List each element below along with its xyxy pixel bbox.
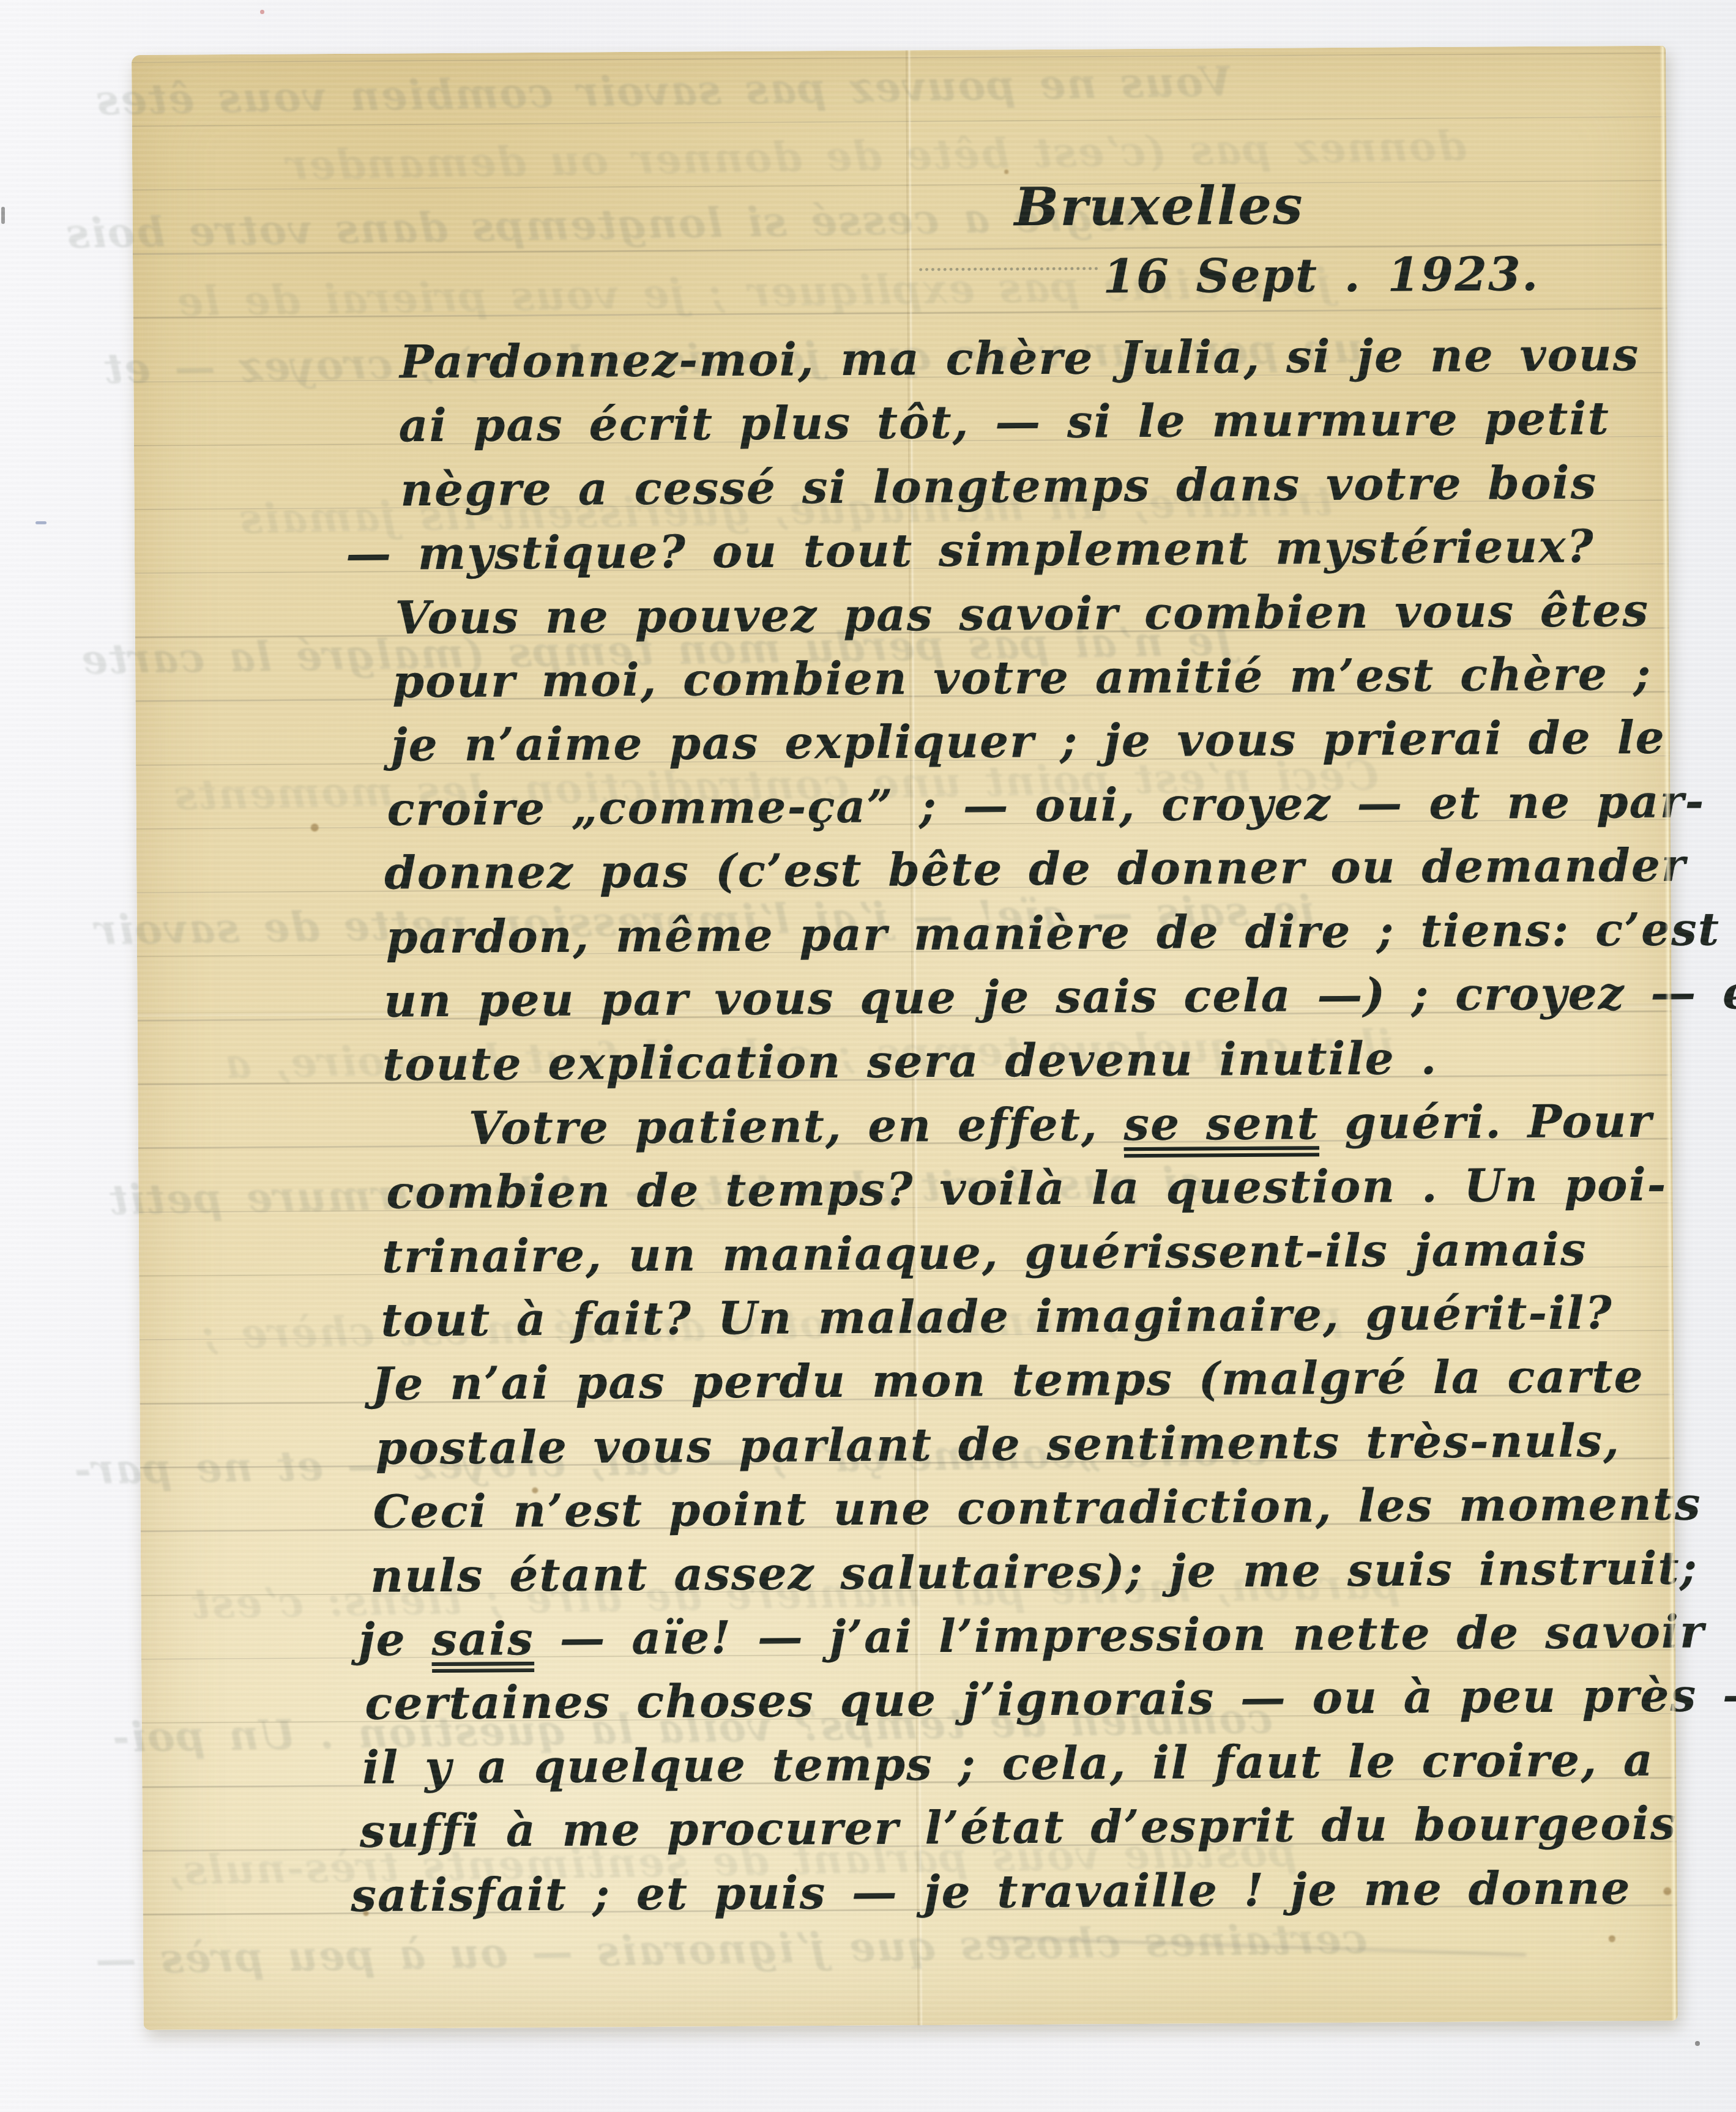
letter-line: Je n’ai pas perdu mon temps (malgré la c… bbox=[371, 1345, 1644, 1416]
letter-line-text: nuls étant assez salutaires); je me suis… bbox=[370, 1542, 1698, 1602]
letter-line-text: croire „comme-ça” ; — oui, croyez — et n… bbox=[387, 775, 1705, 836]
letter-line-text: trinaire, un maniaque, guérissent-ils ja… bbox=[382, 1223, 1587, 1283]
letter-line: tout à fait? Un malade imaginaire, guéri… bbox=[381, 1281, 1613, 1352]
letter-line-text: satisfait ; et puis — je travaille ! je … bbox=[351, 1862, 1631, 1922]
letter-line-text: postale vous parlant de sentiments très-… bbox=[376, 1415, 1620, 1474]
letter-line-text: je n’aime pas expliquer ; je vous priera… bbox=[391, 712, 1666, 772]
foxing-spot bbox=[311, 824, 319, 831]
letter-line-text: guéri. Pour bbox=[1319, 1095, 1652, 1150]
dust-speck bbox=[260, 10, 264, 14]
letter-line: Ceci n’est point une contradiction, les … bbox=[373, 1473, 1702, 1544]
dust-speck bbox=[1695, 2041, 1700, 2046]
underlined-word: se sent bbox=[1123, 1097, 1319, 1158]
letter-line-text: Je n’ai pas perdu mon temps (malgré la c… bbox=[371, 1350, 1644, 1411]
letter-line-text: tout à fait? Un malade imaginaire, guéri… bbox=[381, 1287, 1613, 1347]
letter-line: Vous ne pouvez pas savoir combien vous ê… bbox=[395, 578, 1649, 650]
letter-line: nègre a cessé si longtemps dans votre bo… bbox=[400, 451, 1598, 522]
letter-line: pour moi, combien votre amitié m’est chè… bbox=[392, 642, 1652, 714]
letter-line-text: donnez pas (c’est bête de donner ou dema… bbox=[384, 839, 1686, 900]
letter-line: pardon, même par manière de dire ; tiens… bbox=[386, 898, 1720, 969]
letter-line-text: il y a quelque temps ; cela, il faut le … bbox=[362, 1734, 1654, 1794]
letter-line: ai pas écrit plus tôt, — si le murmure p… bbox=[398, 387, 1610, 458]
letter-line-text: un peu par vous que je sais cela —) ; cr… bbox=[384, 967, 1736, 1028]
foxing-spot bbox=[1004, 169, 1008, 174]
letter-line-text: suffi à me procurer l’état d’esprit du b… bbox=[359, 1798, 1677, 1858]
dust-speck bbox=[35, 521, 47, 524]
letter-line: suffi à me procurer l’état d’esprit du b… bbox=[359, 1792, 1677, 1864]
letter-line: nuls étant assez salutaires); je me suis… bbox=[370, 1536, 1698, 1608]
underlined-word: sais bbox=[431, 1613, 534, 1673]
letter-line-text: — aïe! — j’ai l’impression nette de savo… bbox=[534, 1605, 1705, 1665]
letter-line-text: Ceci n’est point une contradiction, les … bbox=[373, 1478, 1702, 1539]
letter-line: il y a quelque temps ; cela, il faut le … bbox=[362, 1728, 1654, 1800]
letter-line-text: nègre a cessé si longtemps dans votre bo… bbox=[400, 456, 1597, 516]
foxing-spot bbox=[1609, 1935, 1615, 1942]
letter-line: — mystique? ou tout simplement mystérieu… bbox=[346, 515, 1595, 586]
letter-line-text: je bbox=[359, 1613, 432, 1667]
date-dotted-leader bbox=[919, 237, 1098, 271]
letter-line: je sais — aïe! — j’ai l’impression nette… bbox=[359, 1600, 1705, 1671]
letter-line: je n’aime pas expliquer ; je vous priera… bbox=[391, 706, 1666, 778]
scan-background: Vous ne pouvez pas savoir combien vous ê… bbox=[0, 0, 1736, 2112]
letter-line: postale vous parlant de sentiments très-… bbox=[376, 1409, 1620, 1480]
letter-line-text: pardon, même par manière de dire ; tiens… bbox=[386, 903, 1721, 964]
letter-paper: Vous ne pouvez pas savoir combien vous ê… bbox=[132, 46, 1678, 2030]
letter-line-text: certaines choses que j’ignorais — ou à p… bbox=[365, 1669, 1736, 1730]
foxing-spot bbox=[363, 1911, 369, 1916]
letter-line: certaines choses que j’ignorais — ou à p… bbox=[365, 1664, 1736, 1736]
dust-speck bbox=[1, 207, 5, 224]
letter-line-text: Vous ne pouvez pas savoir combien vous ê… bbox=[395, 584, 1649, 644]
letter-line: combien de temps? voilà la question . Un… bbox=[386, 1153, 1667, 1225]
place-line: Bruxelles bbox=[1014, 169, 1304, 244]
foxing-spot bbox=[1663, 1887, 1671, 1895]
letter-line: donnez pas (c’est bête de donner ou dema… bbox=[384, 834, 1686, 905]
letter-line: Pardonnez-moi, ma chère Julia, si je ne … bbox=[400, 323, 1640, 394]
letter-line-text: toute explication sera devenu inutile . bbox=[382, 1032, 1438, 1091]
foxing-spot bbox=[532, 1487, 538, 1493]
letter-line-text: ai pas écrit plus tôt, — si le murmure p… bbox=[398, 393, 1610, 453]
letter-line-text: combien de temps? voilà la question . Un… bbox=[386, 1159, 1667, 1219]
letter-line: croire „comme-ça” ; — oui, croyez — et n… bbox=[387, 770, 1705, 841]
letter-line-text: pour moi, combien votre amitié m’est chè… bbox=[392, 648, 1652, 708]
letter-line: toute explication sera devenu inutile . bbox=[382, 1027, 1438, 1097]
letter-line-text: Pardonnez-moi, ma chère Julia, si je ne … bbox=[400, 329, 1640, 389]
letter-line: Votre patient, en effet, se sent guéri. … bbox=[468, 1090, 1652, 1161]
foxing-spot bbox=[720, 685, 725, 690]
letter-line-text: Votre patient, en effet, bbox=[468, 1098, 1123, 1155]
letter-line: un peu par vous que je sais cela —) ; cr… bbox=[384, 961, 1736, 1033]
letter-line-text: — mystique? ou tout simplement mystérieu… bbox=[346, 521, 1595, 581]
letter-line: satisfait ; et puis — je travaille ! je … bbox=[351, 1856, 1631, 1928]
letter-line: trinaire, un maniaque, guérissent-ils ja… bbox=[382, 1218, 1587, 1288]
date-line: 16 Sept . 1923. bbox=[1103, 241, 1540, 310]
